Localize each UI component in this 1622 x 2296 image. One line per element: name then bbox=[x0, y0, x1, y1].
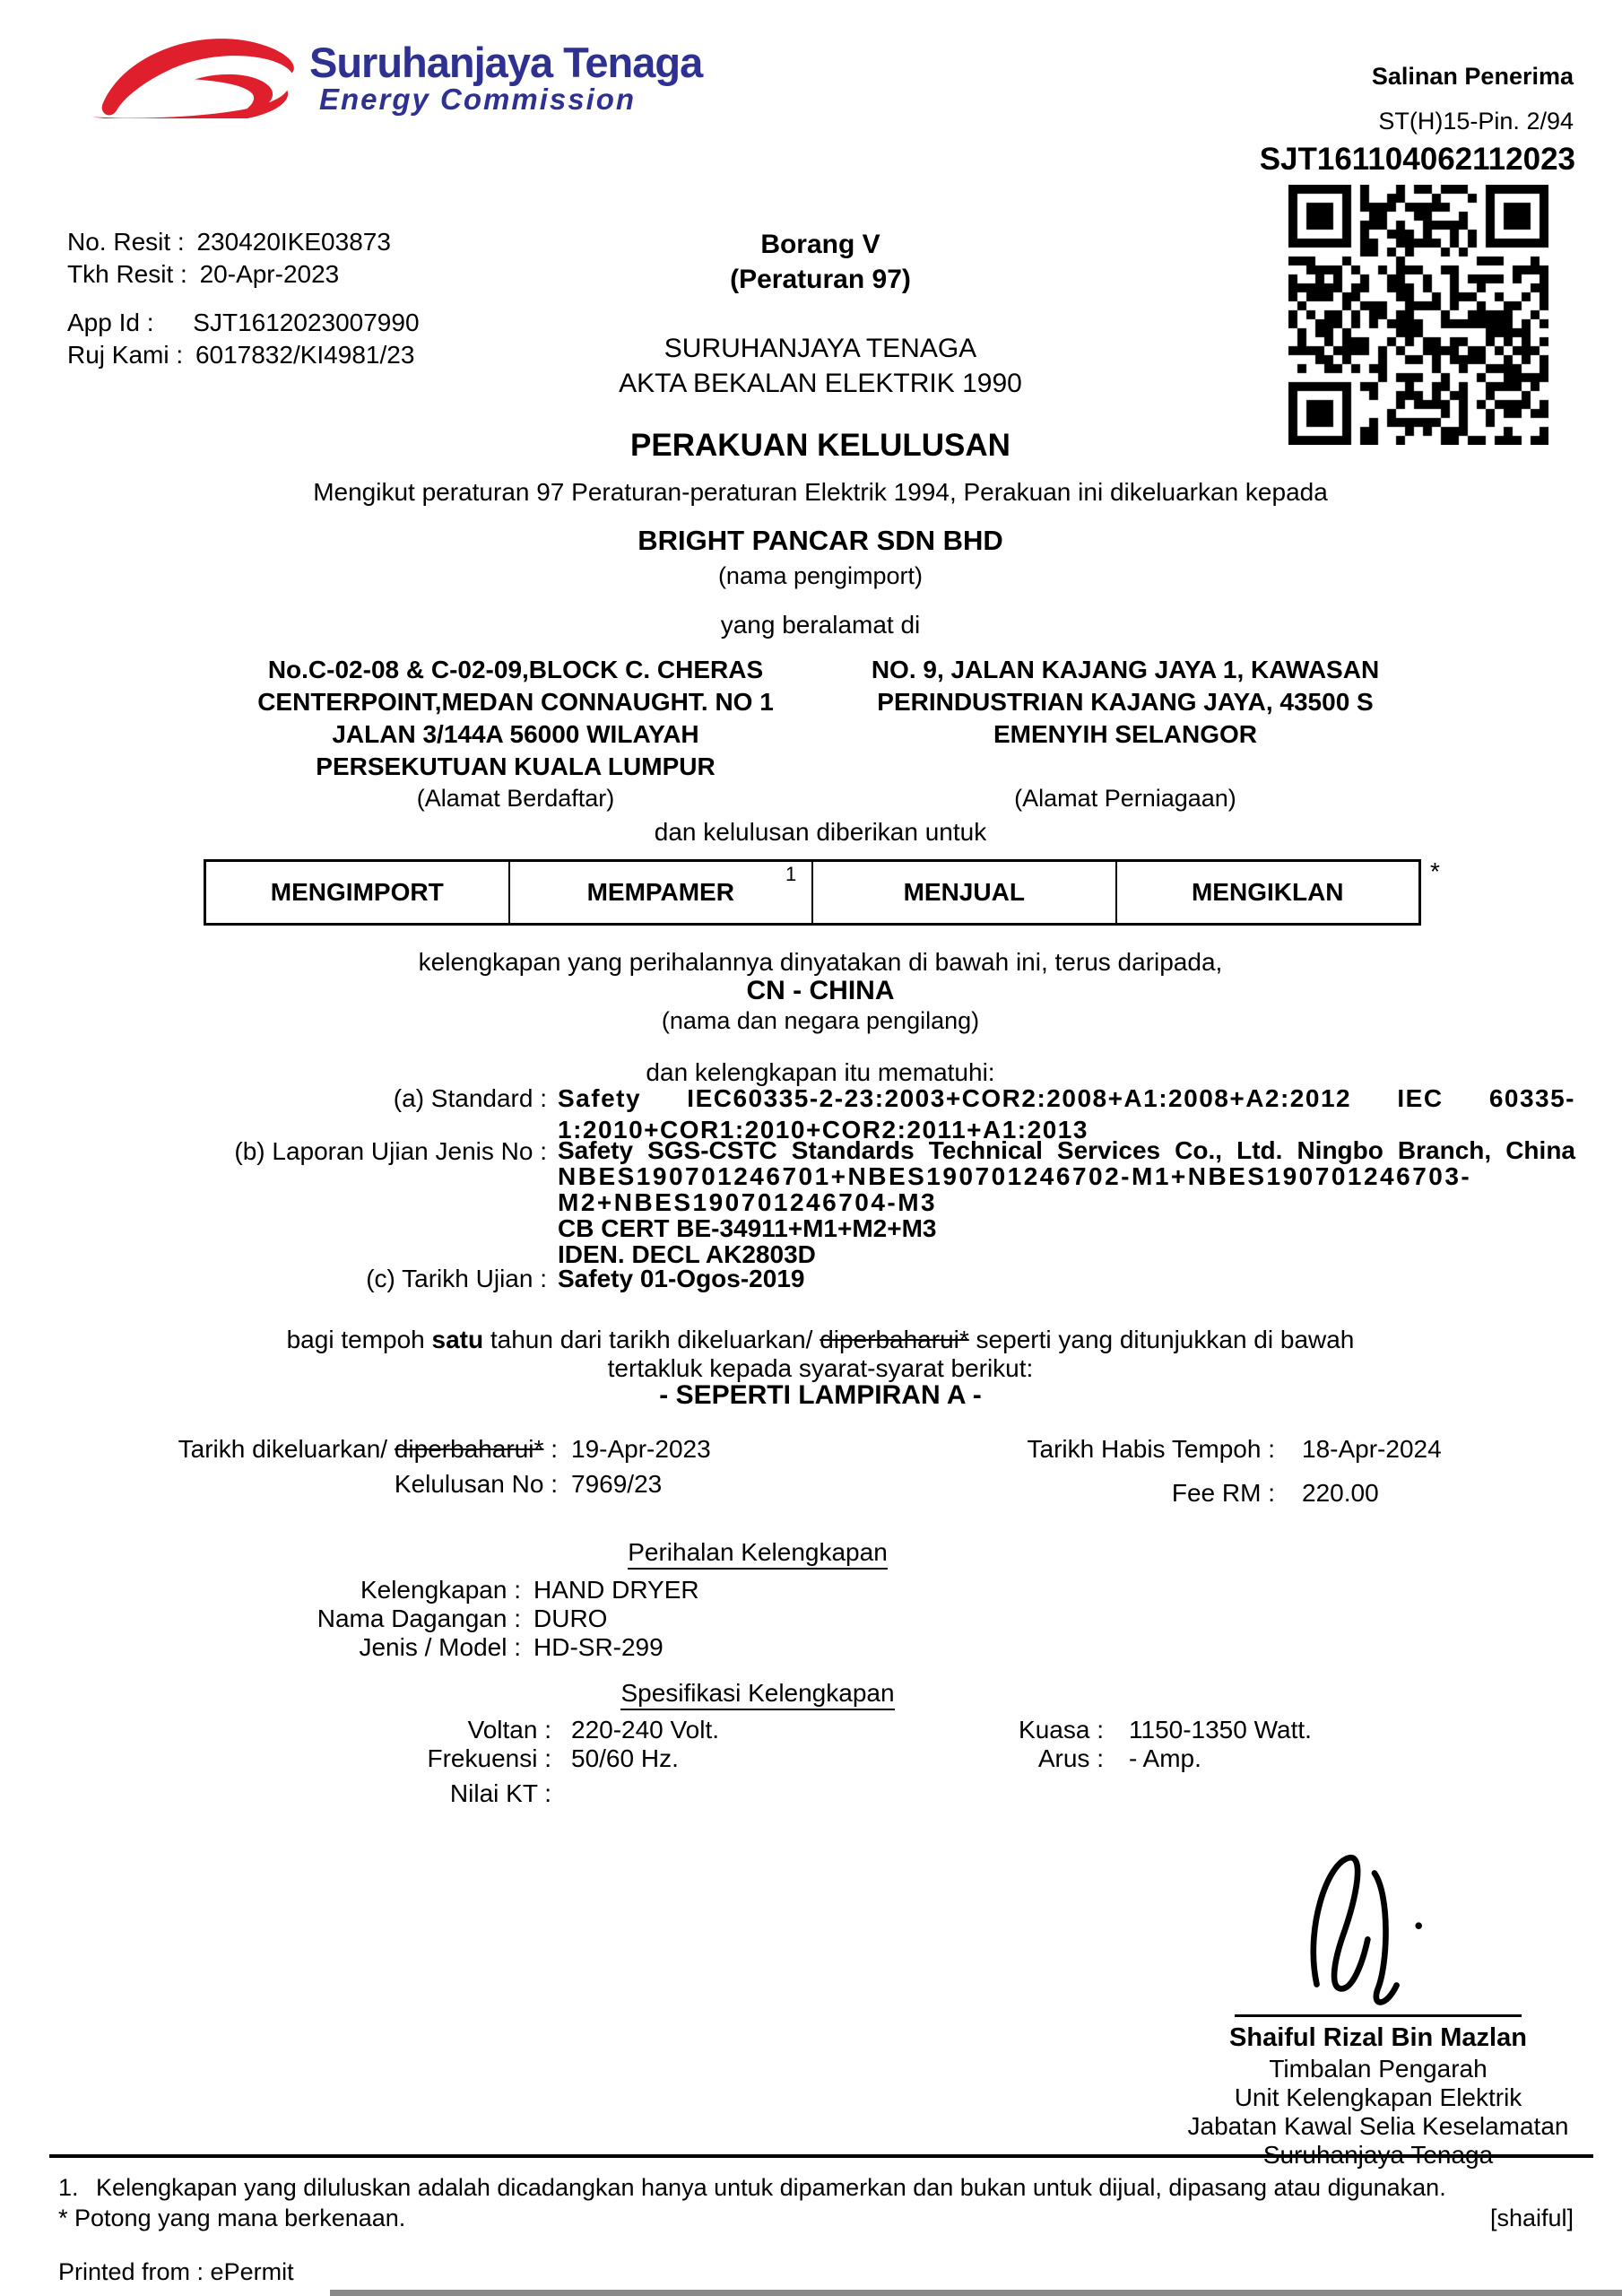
equipment-label: Kelengkapan : bbox=[67, 1576, 521, 1605]
signature-image bbox=[1293, 1844, 1454, 2014]
current-label: Arus : bbox=[807, 1744, 1104, 1773]
standard-label: (a) Standard : bbox=[67, 1084, 547, 1113]
model-value: HD-SR-299 bbox=[533, 1633, 664, 1662]
business-address-line: EMENYIH SELANGOR bbox=[820, 718, 1430, 751]
app-id-label: App Id : bbox=[67, 309, 154, 336]
appendix-line: - SEPERTI LAMPIRAN A - bbox=[67, 1380, 1574, 1411]
equipment-heading-text: Perihalan Kelengkapan bbox=[628, 1538, 888, 1570]
equipment-heading: Perihalan Kelengkapan bbox=[67, 1538, 1448, 1567]
window-bottom-bar bbox=[330, 2290, 1622, 2296]
activities-table: MENGIMPORT MEMPAMER MENJUAL MENGIKLAN bbox=[204, 859, 1421, 926]
issued-to-line: Mengikut peraturan 97 Peraturan-peratura… bbox=[67, 478, 1574, 507]
issued-date-label-text: Tarikh dikeluarkan/ bbox=[178, 1435, 395, 1463]
test-report-value: Safety SGS-CSTC Standards Technical Serv… bbox=[558, 1137, 1575, 1267]
approval-outro: kelengkapan yang perihalannya dinyatakan… bbox=[67, 948, 1574, 977]
voltage-label: Voltan : bbox=[67, 1716, 551, 1744]
validity-text: seperti yang ditunjukkan di bawah bbox=[969, 1326, 1355, 1353]
form-regulation: (Peraturan 97) bbox=[67, 265, 1574, 295]
test-report-line: NBES190701246701+NBES190701246702-M1+NBE… bbox=[558, 1163, 1575, 1189]
test-report-line: IDEN. DECL AK2803D bbox=[558, 1241, 1575, 1267]
trade-name-value: DURO bbox=[533, 1605, 607, 1633]
power-label: Kuasa : bbox=[807, 1716, 1104, 1744]
footer-rule bbox=[49, 2154, 1593, 2158]
conditions-line: tertakluk kepada syarat-syarat berikut: bbox=[67, 1354, 1574, 1383]
company-name: BRIGHT PANCAR SDN BHD bbox=[67, 525, 1574, 557]
certificate-document: Suruhanjaya Tenaga Energy Commission Sal… bbox=[0, 0, 1622, 2296]
issued-date-label-colon: : bbox=[543, 1435, 558, 1463]
frequency-value: 50/60 Hz. bbox=[571, 1744, 679, 1773]
kt-value-label: Nilai KT : bbox=[67, 1779, 551, 1808]
certificate-title: PERAKUAN KELULUSAN bbox=[67, 428, 1574, 464]
company-caption: (nama pengimport) bbox=[67, 562, 1574, 590]
test-date-label: (c) Tarikh Ujian : bbox=[67, 1265, 547, 1293]
fee-value: 220.00 bbox=[1302, 1479, 1379, 1508]
registered-address-line: No.C-02-08 & C-02-09,BLOCK C. CHERAS bbox=[211, 654, 820, 686]
origin-caption: (nama dan negara pengilang) bbox=[67, 1007, 1574, 1035]
footer-note-1: 1. Kelengkapan yang diluluskan adalah di… bbox=[58, 2174, 1446, 2202]
logo-tagline: Energy Commission bbox=[319, 83, 636, 117]
act-name: AKTA BEKALAN ELEKTRIK 1990 bbox=[67, 369, 1574, 399]
footer-note-1-text: Kelengkapan yang diluluskan adalah dicad… bbox=[96, 2174, 1446, 2201]
origin-country: CN - CHINA bbox=[67, 976, 1574, 1006]
signatory-unit: Unit Kelengkapan Elektrik bbox=[1154, 2083, 1602, 2112]
validity-struck-word: diperbaharui* bbox=[820, 1326, 969, 1353]
test-report-line: Safety SGS-CSTC Standards Technical Serv… bbox=[558, 1137, 1575, 1163]
activity-asterisk: * bbox=[1430, 857, 1440, 886]
equipment-value: HAND DRYER bbox=[533, 1576, 699, 1605]
registered-address-caption: (Alamat Berdaftar) bbox=[211, 785, 820, 813]
qr-code bbox=[1288, 185, 1548, 445]
validity-line: bagi tempoh satu tahun dari tarikh dikel… bbox=[67, 1326, 1574, 1354]
signed-by-tag: [shaiful] bbox=[1305, 2205, 1574, 2232]
business-address-line: PERINDUSTRIAN KAJANG JAYA, 43500 S bbox=[820, 686, 1430, 718]
frequency-label: Frekuensi : bbox=[67, 1744, 551, 1773]
form-title: Borang V bbox=[67, 230, 1574, 260]
fee-label: Fee RM : bbox=[807, 1479, 1275, 1508]
standard-line: Safety IEC60335-2-23:2003+COR2:2008+A1:2… bbox=[558, 1084, 1575, 1113]
issued-date-label: Tarikh dikeluarkan/ diperbaharui* : bbox=[67, 1435, 558, 1464]
registered-address-line: JALAN 3/144A 56000 WILAYAH bbox=[211, 718, 820, 751]
signature-rule bbox=[1235, 2014, 1522, 2017]
trade-name-label: Nama Dagangan : bbox=[67, 1605, 521, 1633]
compliance-intro: dan kelengkapan itu mematuhi: bbox=[67, 1058, 1574, 1087]
current-value: - Amp. bbox=[1129, 1744, 1201, 1773]
standard-value: Safety IEC60335-2-23:2003+COR2:2008+A1:2… bbox=[558, 1084, 1575, 1144]
test-report-line: CB CERT BE-34911+M1+M2+M3 bbox=[558, 1215, 1575, 1241]
registered-address: No.C-02-08 & C-02-09,BLOCK C. CHERAS CEN… bbox=[211, 654, 820, 783]
validity-text: tahun dari tarikh dikeluarkan/ bbox=[483, 1326, 820, 1353]
form-reference: ST(H)15-Pin. 2/94 bbox=[1125, 108, 1574, 135]
business-address: NO. 9, JALAN KAJANG JAYA 1, KAWASAN PERI… bbox=[820, 654, 1430, 751]
approval-no-label: Kelulusan No : bbox=[67, 1470, 558, 1499]
app-id-value: SJT1612023007990 bbox=[193, 309, 419, 336]
business-address-caption: (Alamat Perniagaan) bbox=[820, 785, 1430, 813]
activity-superscript: 1 bbox=[785, 863, 796, 886]
certificate-number: SJT161104062112023 bbox=[1037, 142, 1575, 178]
specs-heading-text: Spesifikasi Kelengkapan bbox=[620, 1679, 894, 1710]
activity-cell-mengimport: MENGIMPORT bbox=[206, 862, 508, 923]
activity-cell-mengiklan: MENGIKLAN bbox=[1115, 862, 1419, 923]
issued-date-label-struck: diperbaharui* bbox=[395, 1435, 544, 1463]
activity-cell-mempamer: MEMPAMER bbox=[508, 862, 812, 923]
logo-org-name: Suruhanjaya Tenaga bbox=[309, 38, 702, 87]
expiry-date-value: 18-Apr-2024 bbox=[1302, 1435, 1442, 1464]
validity-period-bold: satu bbox=[432, 1326, 484, 1353]
footer-note-1-number: 1. bbox=[58, 2174, 79, 2201]
expiry-date-label: Tarikh Habis Tempoh : bbox=[807, 1435, 1275, 1464]
printed-from-label: Printed from : ePermit bbox=[58, 2258, 294, 2286]
test-report-line: M2+NBES190701246704-M3 bbox=[558, 1189, 1575, 1215]
validity-text: bagi tempoh bbox=[287, 1326, 432, 1353]
footer-note-2: * Potong yang mana berkenaan. bbox=[58, 2205, 405, 2232]
test-date-value: Safety 01-Ogos-2019 bbox=[558, 1265, 1575, 1293]
registered-address-line: CENTERPOINT,MEDAN CONNAUGHT. NO 1 bbox=[211, 686, 820, 718]
activity-cell-menjual: MENJUAL bbox=[811, 862, 1115, 923]
address-intro: yang beralamat di bbox=[67, 611, 1574, 639]
issued-date-value: 19-Apr-2023 bbox=[571, 1435, 711, 1464]
signatory-title: Timbalan Pengarah bbox=[1154, 2055, 1602, 2083]
model-label: Jenis / Model : bbox=[67, 1633, 521, 1662]
business-address-line: NO. 9, JALAN KAJANG JAYA 1, KAWASAN bbox=[820, 654, 1430, 686]
signatory-name: Shaiful Rizal Bin Mazlan bbox=[1154, 2023, 1602, 2053]
org-name: SURUHANJAYA TENAGA bbox=[67, 334, 1574, 364]
approval-no-value: 7969/23 bbox=[571, 1470, 662, 1499]
energy-commission-logo-swoosh-icon bbox=[82, 32, 323, 118]
voltage-value: 220-240 Volt. bbox=[571, 1716, 719, 1744]
specs-heading: Spesifikasi Kelengkapan bbox=[67, 1679, 1448, 1708]
signatory-department: Jabatan Kawal Selia Keselamatan bbox=[1154, 2112, 1602, 2141]
approval-intro: dan kelulusan diberikan untuk bbox=[67, 818, 1574, 847]
copy-label: Salinan Penerima bbox=[1125, 63, 1574, 91]
test-report-label: (b) Laporan Ujian Jenis No : bbox=[67, 1137, 547, 1166]
registered-address-line: PERSEKUTUAN KUALA LUMPUR bbox=[211, 751, 820, 783]
power-value: 1150-1350 Watt. bbox=[1129, 1716, 1312, 1744]
